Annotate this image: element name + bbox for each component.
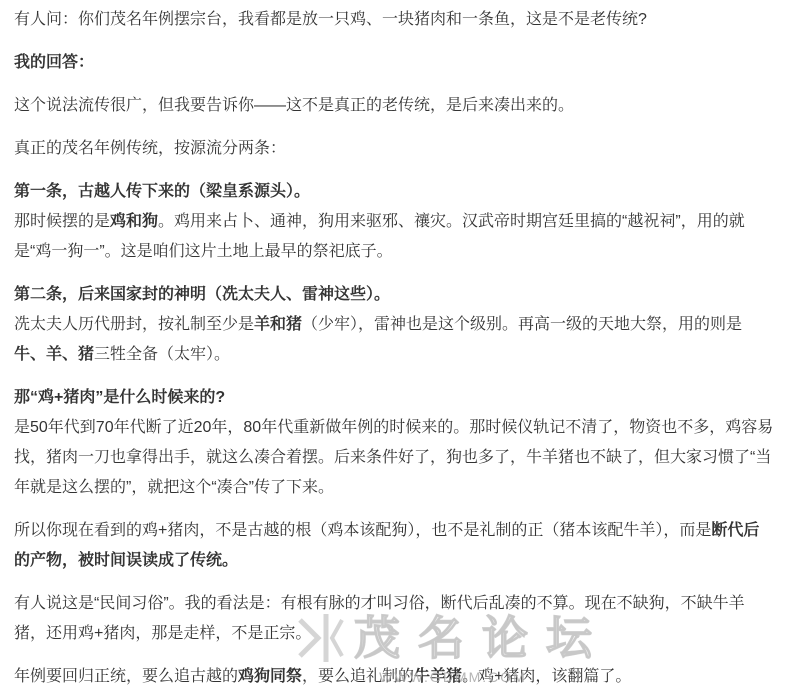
bold-text-segment: 鸡和狗 <box>110 213 158 230</box>
text-segment: 。鸡+猪肉，该翻篇了。 <box>462 668 631 685</box>
bold-text-segment: 鸡狗同祭 <box>238 668 302 685</box>
paragraph: 这个说法流传很广，但我要告诉你——这不是真正的老传统，是后来凑出来的。 <box>14 91 774 121</box>
paragraph: 有人说这是“民间习俗”。我的看法是：有根有脉的才叫习俗，断代后乱凑的不算。现在不… <box>14 589 774 649</box>
paragraph: 年例要回归正统，要么追古越的鸡狗同祭，要么追礼制的牛羊猪。鸡+猪肉，该翻篇了。 <box>14 662 774 690</box>
text-segment: 那时候摆的是 <box>14 213 110 230</box>
text-segment: ，要么追礼制的 <box>302 668 414 685</box>
paragraph-line: 所以你现在看到的鸡+猪肉，不是古越的根（鸡本该配狗），也不是礼制的正（猪本该配牛… <box>14 516 774 576</box>
text-segment: 年例要回归正统，要么追古越的 <box>14 668 238 685</box>
bold-text-segment: 第二条，后来国家封的神明（冼太夫人、雷神这些）。 <box>14 286 390 303</box>
paragraph-line: 这个说法流传很广，但我要告诉你——这不是真正的老传统，是后来凑出来的。 <box>14 91 774 121</box>
paragraph-line: 是50年代到70年代断了近20年，80年代重新做年例的时候来的。那时候仪轨记不清… <box>14 413 774 503</box>
text-segment: 所以你现在看到的鸡+猪肉，不是古越的根（鸡本该配狗），也不是礼制的正（猪本该配牛… <box>14 522 711 539</box>
section-heading: 第二条，后来国家封的神明（冼太夫人、雷神这些）。 <box>14 280 774 310</box>
text-segment: 三牲全备（太牢）。 <box>94 346 230 363</box>
text-segment: 冼太夫人历代册封，按礼制至少是 <box>14 316 254 333</box>
section-block-first: 第一条，古越人传下来的（梁皇系源头）。 那时候摆的是鸡和狗。鸡用来占卜、通神，狗… <box>14 177 774 267</box>
paragraph: 所以你现在看到的鸡+猪肉，不是古越的根（鸡本该配狗），也不是礼制的正（猪本该配牛… <box>14 516 774 576</box>
bold-text-segment: 第一条，古越人传下来的（梁皇系源头）。 <box>14 183 310 200</box>
text-segment: 有人说这是“民间习俗”。我的看法是：有根有脉的才叫习俗，断代后乱凑的不算。现在不… <box>14 595 745 642</box>
section-block-second: 第二条，后来国家封的神明（冼太夫人、雷神这些）。 冼太夫人历代册封，按礼制至少是… <box>14 280 774 370</box>
paragraph-line: 真正的茂名年例传统，按源流分两条： <box>14 134 774 164</box>
bold-text-segment: 牛羊猪 <box>414 668 462 685</box>
paragraph-line: 那时候摆的是鸡和狗。鸡用来占卜、通神，狗用来驱邪、禳灾。汉武帝时期宫廷里搞的“越… <box>14 207 774 267</box>
bold-text-segment: 我的回答： <box>14 54 94 71</box>
section-block-question: 那“鸡+猪肉”是什么时候来的? 是50年代到70年代断了近20年，80年代重新做… <box>14 383 774 503</box>
paragraph-line: 年例要回归正统，要么追古越的鸡狗同祭，要么追礼制的牛羊猪。鸡+猪肉，该翻篇了。 <box>14 662 774 690</box>
text-segment: 是50年代到70年代断了近20年，80年代重新做年例的时候来的。那时候仪轨记不清… <box>14 419 773 496</box>
text-segment: 真正的茂名年例传统，按源流分两条： <box>14 140 286 157</box>
text-segment: 有人问：你们茂名年例摆宗台，我看都是放一只鸡、一块猪肉和一条鱼，这是不是老传统? <box>14 11 647 28</box>
heading-line: 我的回答： <box>14 48 774 78</box>
article-page: 有人问：你们茂名年例摆宗台，我看都是放一只鸡、一块猪肉和一条鱼，这是不是老传统?… <box>0 0 788 690</box>
bold-text-segment: 牛、羊、猪 <box>14 346 94 363</box>
text-segment: （少牢），雷神也是这个级别。再高一级的天地大祭，用的则是 <box>302 316 742 333</box>
section-heading: 那“鸡+猪肉”是什么时候来的? <box>14 383 774 413</box>
paragraph-line: 有人说这是“民间习俗”。我的看法是：有根有脉的才叫习俗，断代后乱凑的不算。现在不… <box>14 589 774 649</box>
text-segment: 这个说法流传很广，但我要告诉你——这不是真正的老传统，是后来凑出来的。 <box>14 97 574 114</box>
paragraph: 真正的茂名年例传统，按源流分两条： <box>14 134 774 164</box>
paragraph: 有人问：你们茂名年例摆宗台，我看都是放一只鸡、一块猪肉和一条鱼，这是不是老传统? <box>14 5 774 35</box>
section-heading: 我的回答： <box>14 48 774 78</box>
paragraph-line: 冼太夫人历代册封，按礼制至少是羊和猪（少牢），雷神也是这个级别。再高一级的天地大… <box>14 310 774 370</box>
section-heading: 第一条，古越人传下来的（梁皇系源头）。 <box>14 177 774 207</box>
bold-text-segment: 那“鸡+猪肉”是什么时候来的? <box>14 389 225 406</box>
bold-text-segment: 羊和猪 <box>254 316 302 333</box>
paragraph-line: 有人问：你们茂名年例摆宗台，我看都是放一只鸡、一块猪肉和一条鱼，这是不是老传统? <box>14 5 774 35</box>
